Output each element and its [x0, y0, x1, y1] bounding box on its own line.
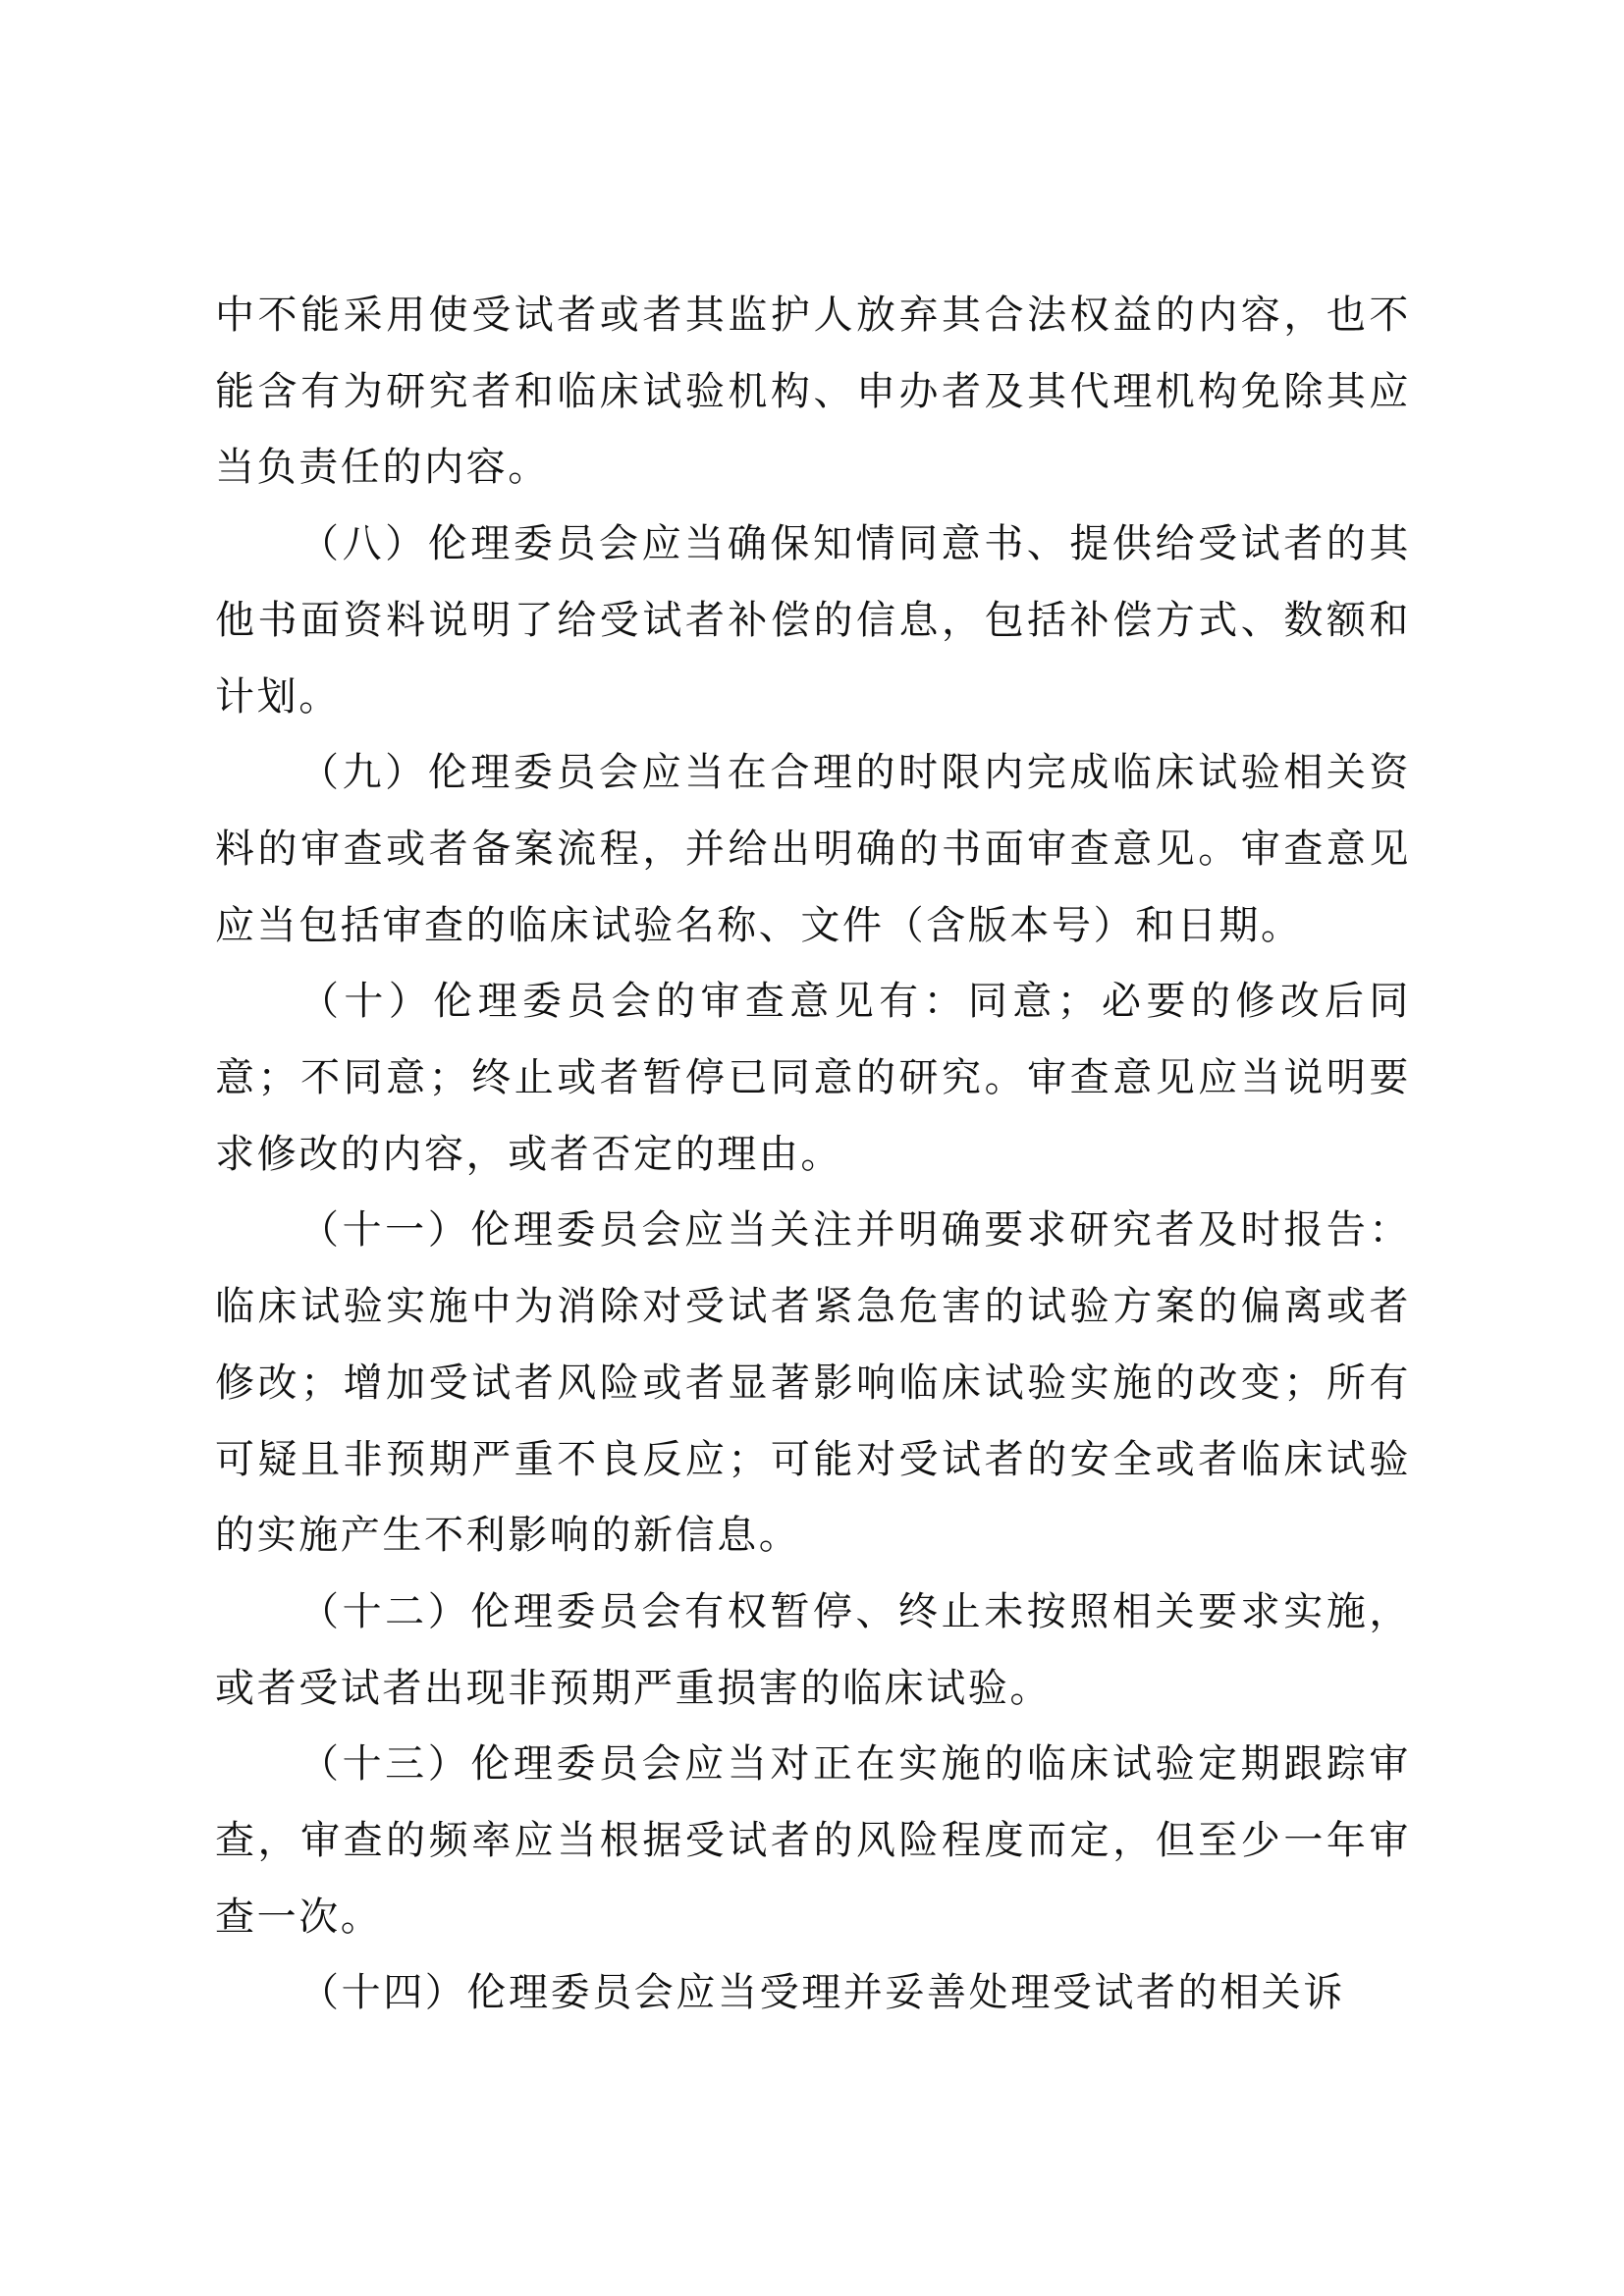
paragraph-item-14: （十四）伦理委员会应当受理并妥善处理受试者的相关诉 [215, 1955, 1411, 2032]
paragraph-item-9: （九）伦理委员会应当在合理的时限内完成临床试验相关资料的审查或者备案流程，并给出… [215, 735, 1411, 964]
paragraph-item-11: （十一）伦理委员会应当关注并明确要求研究者及时报告：临床试验实施中为消除对受试者… [215, 1193, 1411, 1575]
paragraph-item-8: （八）伦理委员会应当确保知情同意书、提供给受试者的其他书面资料说明了给受试者补偿… [215, 507, 1411, 735]
paragraph-continuation: 中不能采用使受试者或者其监护人放弃其合法权益的内容，也不能含有为研究者和临床试验… [215, 278, 1411, 507]
paragraph-item-13: （十三）伦理委员会应当对正在实施的临床试验定期跟踪审查，审查的频率应当根据受试者… [215, 1727, 1411, 1955]
paragraph-item-10: （十）伦理委员会的审查意见有：同意；必要的修改后同意；不同意；终止或者暂停已同意… [215, 964, 1411, 1193]
paragraph-item-12: （十二）伦理委员会有权暂停、终止未按照相关要求实施，或者受试者出现非预期严重损害… [215, 1575, 1411, 1727]
document-page: 中不能采用使受试者或者其监护人放弃其合法权益的内容，也不能含有为研究者和临床试验… [215, 278, 1411, 2032]
